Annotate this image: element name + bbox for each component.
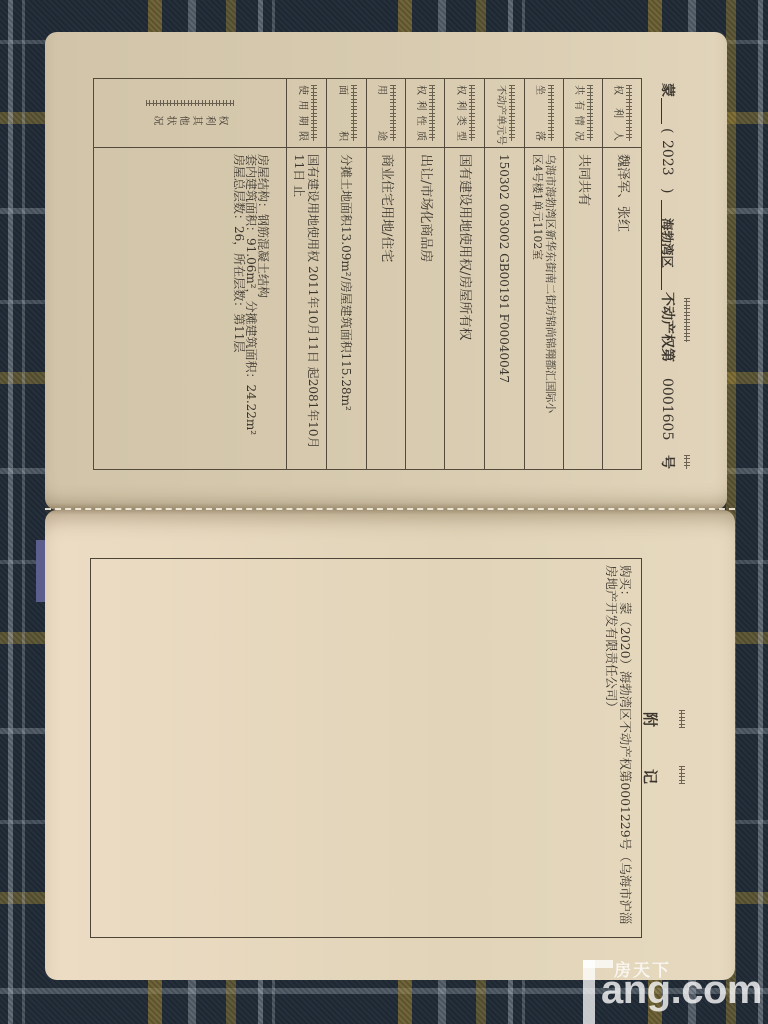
mongolian-script-text xyxy=(679,766,685,784)
label-cell-right-nature: 权利性质 xyxy=(405,79,444,148)
certificate-header: 蒙 ( 2023 ) 海勃湾区 不动产权第 0001605 号 xyxy=(657,32,677,510)
value-cell-right-holder: 魏泽军、张红 xyxy=(602,148,641,469)
row-value-line: 国有建设用地使用权 2011年10月11日 起2081年10月 xyxy=(307,154,321,463)
notes-line: 购买：蒙（2020）海勃湾区不动产权第0001229号（乌海市沪淄 xyxy=(618,565,632,931)
row-label: 用途 xyxy=(376,85,388,141)
row-value-line: 区4号楼1单元1102室 xyxy=(531,154,544,463)
district-name: 海勃湾区 xyxy=(657,218,677,268)
label-cell-unit-number: 不动产单元号 xyxy=(484,79,524,148)
row-value: 国有建设用地使用权/房屋所有权 xyxy=(458,154,472,463)
row-value: 分摊土地面积13.09m²/房屋建筑面积115.28m² xyxy=(340,154,354,463)
label-cell-usage: 用途 xyxy=(366,79,405,148)
row-label: 权利其他状况 xyxy=(151,111,229,126)
row-value-line: 房屋结构：钢筋混凝土结构 xyxy=(257,154,269,463)
province-abbr: 蒙 xyxy=(657,83,677,97)
mongolian-script-text xyxy=(430,85,436,141)
value-cell-co-ownership: 共同共有 xyxy=(563,148,602,469)
property-rights-table: 权利人 魏泽军、张红 共有情况 共同共有 坐落 乌海市海勃湾区新华东街南二街坊锦… xyxy=(93,78,642,470)
mongolian-script-text xyxy=(684,298,690,342)
cert-number: 0001605 xyxy=(657,378,677,440)
row-label: 坐落 xyxy=(534,85,546,141)
mongolian-script-text xyxy=(684,455,690,469)
row-label: 权利人 xyxy=(612,85,624,141)
cert-suffix: 号 xyxy=(657,455,677,469)
spine-stitching xyxy=(45,508,735,510)
label-cell-co-ownership: 共有情况 xyxy=(563,79,602,148)
label-cell-area: 面积 xyxy=(326,79,366,148)
mongolian-script-text xyxy=(588,85,594,141)
label-cell-right-type: 权利类型 xyxy=(444,79,484,148)
watermark-logo-mark xyxy=(583,960,595,1024)
mongolian-script-text xyxy=(509,85,515,141)
row-label: 使用期限 xyxy=(296,85,308,141)
certificate-main-page: 蒙 ( 2023 ) 海勃湾区 不动产权第 0001605 号 权利人 魏泽军、… xyxy=(45,32,727,510)
value-cell-term: 国有建设用地使用权 2011年10月11日 起2081年10月11日 止 xyxy=(286,148,326,469)
row-label: 共有情况 xyxy=(573,85,585,141)
notes-line: 房地产开发有限责任公司） xyxy=(604,565,618,931)
value-cell-usage: 商业住宅用地/住宅 xyxy=(366,148,405,469)
mongolian-script-text xyxy=(146,100,234,106)
mongolian-script-text xyxy=(311,85,317,141)
row-label: 面积 xyxy=(336,85,348,141)
label-cell-other-status: 权利其他状况 xyxy=(94,79,286,148)
row-value-line: 房屋总层数：26，所在层数：第11层 xyxy=(233,154,245,463)
row-value-line: 套内建筑面积：91.06m²，分摊建筑面积：24.22m² xyxy=(245,154,257,463)
row-label: 不动产单元号 xyxy=(494,85,506,141)
row-value: 共同共有 xyxy=(576,154,590,463)
watermark-logo-mark xyxy=(583,960,613,968)
label-cell-term: 使用期限 xyxy=(286,79,326,148)
row-value-line: 11日 止 xyxy=(293,154,307,463)
mongolian-script-text xyxy=(679,710,685,728)
mongolian-script-text xyxy=(549,85,555,141)
value-cell-right-type: 国有建设用地使用权/房屋所有权 xyxy=(444,148,484,469)
mongolian-script-text xyxy=(627,85,633,141)
notes-box: 购买：蒙（2020）海勃湾区不动产权第0001229号（乌海市沪淄 房地产开发有… xyxy=(90,558,642,938)
paren-open: ( xyxy=(657,128,677,133)
value-cell-other-status: 房屋结构：钢筋混凝土结构套内建筑面积：91.06m²，分摊建筑面积：24.22m… xyxy=(94,148,286,469)
label-cell-right-holder: 权利人 xyxy=(602,79,641,148)
row-label: 权利性质 xyxy=(415,85,427,141)
row-value-line: 乌海市海勃湾区新华东街南二街坊锦尚锦翔都汇国际小 xyxy=(544,154,557,463)
row-label: 权利类型 xyxy=(454,85,466,141)
cert-year: 2023 xyxy=(657,140,677,176)
row-value: 150302 003002 GB00191 F00040047 xyxy=(498,154,512,463)
value-cell-right-nature: 出让/市场化商品房 xyxy=(405,148,444,469)
value-cell-unit-number: 150302 003002 GB00191 F00040047 xyxy=(484,148,524,469)
row-value: 出让/市场化商品房 xyxy=(418,154,432,463)
row-value: 商业住宅用地/住宅 xyxy=(379,154,393,463)
row-value: 魏泽军、张红 xyxy=(615,154,629,463)
header-underline xyxy=(661,98,677,124)
value-cell-area: 分摊土地面积13.09m²/房屋建筑面积115.28m² xyxy=(326,148,366,469)
value-cell-location: 乌海市海勃湾区新华东街南二街坊锦尚锦翔都汇国际小区4号楼1单元1102室 xyxy=(524,148,563,469)
watermark-brand-en: ang.com xyxy=(601,970,762,1010)
certificate-notes-page: 附记 购买：蒙（2020）海勃湾区不动产权第0001229号（乌海市沪淄 房地产… xyxy=(45,510,735,980)
cert-label: 不动产权第 xyxy=(657,292,677,362)
mongolian-script-text xyxy=(391,85,397,141)
mongolian-script-text xyxy=(469,85,475,141)
mongolian-script-text xyxy=(351,85,357,141)
paren-close: ) xyxy=(657,188,677,193)
label-cell-location: 坐落 xyxy=(524,79,563,148)
notes-title: 附记 xyxy=(640,558,661,938)
